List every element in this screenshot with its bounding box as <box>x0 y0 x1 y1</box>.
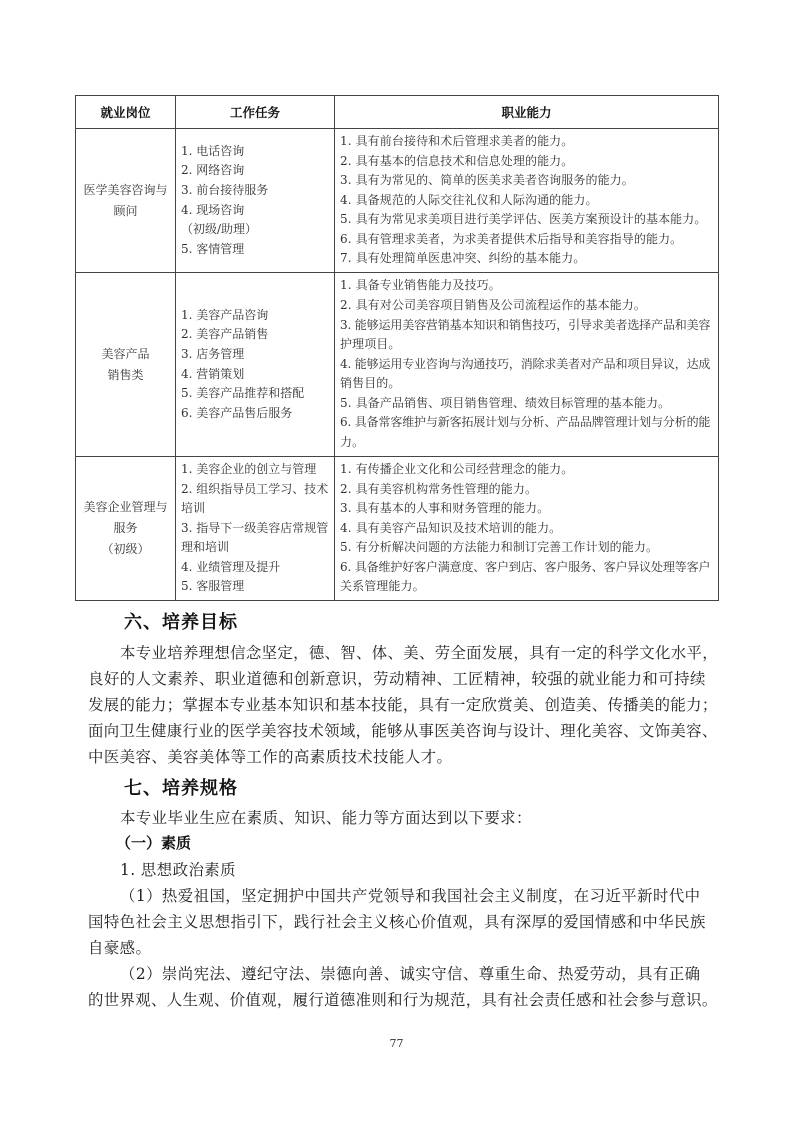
post-label-line: 顾问 <box>80 201 171 222</box>
ability-item: 力。 <box>340 433 714 453</box>
paragraph-line: 的世界观、人生观、价值观，履行道德准则和行为规范，具有社会责任感和社会参与意识。 <box>88 988 718 1010</box>
task-item: 培训 <box>181 499 330 519</box>
tasks-cell: 1. 美容产品咨询 2. 美容产品销售 3. 店务管理 4. 营销策划 5. 美… <box>176 273 335 457</box>
ability-item: 1. 具备专业销售能力及技巧。 <box>340 276 714 296</box>
post-label-line: 美容产品 <box>80 344 171 365</box>
ability-item: 护理项目。 <box>340 335 714 355</box>
ability-item: 5. 有分析解决问题的方法能力和制订完善工作计划的能力。 <box>340 538 714 558</box>
task-item: 6. 美容产品售后服务 <box>181 404 330 424</box>
paragraph-line: （2）崇尚宪法、遵纪守法、崇德向善、诚实守信、尊重生命、热爱劳动，具有正确 <box>120 962 701 984</box>
post-label-line: 服务 <box>80 518 171 539</box>
post-cell: 美容企业管理与 服务 （初级） <box>76 457 176 601</box>
task-item: 2. 美容产品销售 <box>181 325 330 345</box>
item-title: 1. 思想政治素质 <box>120 858 236 880</box>
task-item: 3. 店务管理 <box>181 345 330 365</box>
ability-item: 4. 能够运用专业咨询与沟通技巧，消除求美者对产品和项目异议，达成 <box>340 355 714 375</box>
task-item: 5. 客情管理 <box>181 240 330 260</box>
paragraph-line: 自豪感。 <box>88 936 151 958</box>
ability-item: 关系管理能力。 <box>340 577 714 597</box>
header-employment-post: 就业岗位 <box>76 96 176 129</box>
ability-item: 3. 具有基本的人事和财务管理的能力。 <box>340 499 714 519</box>
header-professional-abilities: 职业能力 <box>335 96 719 129</box>
ability-item: 1. 具有前台接待和术后管理求美者的能力。 <box>340 132 714 152</box>
task-item: 1. 美容企业的创立与管理 <box>181 460 330 480</box>
table-row: 医学美容咨询与 顾问 1. 电话咨询 2. 网络咨询 3. 前台接待服务 4. … <box>76 129 719 273</box>
post-label-line: （初级） <box>80 539 171 560</box>
post-cell: 美容产品 销售类 <box>76 273 176 457</box>
ability-item: 销售目的。 <box>340 374 714 394</box>
ability-item: 6. 具备维护好客户满意度、客户到店、客户服务、客户异议处理等客户 <box>340 558 714 578</box>
table-row: 美容产品 销售类 1. 美容产品咨询 2. 美容产品销售 3. 店务管理 4. … <box>76 273 719 457</box>
tasks-cell: 1. 美容企业的创立与管理 2. 组织指导员工学习、技术 培训 3. 指导下一级… <box>176 457 335 601</box>
task-item: 3. 前台接待服务 <box>181 181 330 201</box>
abilities-cell: 1. 具有前台接待和术后管理求美者的能力。 2. 具有基本的信息技术和信息处理的… <box>335 129 719 273</box>
section-heading-training-specifications: 七、培养规格 <box>124 774 238 800</box>
paragraph-line: 本专业培养理想信念坚定，德、智、体、美、劳全面发展，具有一定的科学文化水平， <box>120 641 718 663</box>
ability-item: 3. 具有为常见的、简单的医美求美者咨询服务的能力。 <box>340 171 714 191</box>
task-item: 理和培训 <box>181 538 330 558</box>
table-row: 美容企业管理与 服务 （初级） 1. 美容企业的创立与管理 2. 组织指导员工学… <box>76 457 719 601</box>
ability-item: 5. 具备产品销售、项目销售管理、绩效目标管理的基本能力。 <box>340 394 714 414</box>
header-work-tasks: 工作任务 <box>176 96 335 129</box>
task-item: 3. 指导下一级美容店常规管 <box>181 519 330 539</box>
post-cell: 医学美容咨询与 顾问 <box>76 129 176 273</box>
task-item: 2. 网络咨询 <box>181 161 330 181</box>
document-page: 就业岗位 工作任务 职业能力 医学美容咨询与 顾问 1. 电话咨询 2. 网络咨… <box>0 0 793 1122</box>
section-heading-training-objectives: 六、培养目标 <box>124 608 238 634</box>
tasks-cell: 1. 电话咨询 2. 网络咨询 3. 前台接待服务 4. 现场咨询 （初级/助理… <box>176 129 335 273</box>
task-item: 4. 现场咨询 <box>181 201 330 221</box>
paragraph-line: 面向卫生健康行业的医学美容技术领域，能够从事医美咨询与设计、理化美容、文饰美容、 <box>88 719 718 741</box>
task-item: 5. 客服管理 <box>181 577 330 597</box>
ability-item: 4. 具备规范的人际交往礼仪和人际沟通的能力。 <box>340 191 714 211</box>
table-header-row: 就业岗位 工作任务 职业能力 <box>76 96 719 129</box>
ability-item: 7. 具有处理简单医患冲突、纠纷的基本能力。 <box>340 249 714 269</box>
section-intro: 本专业毕业生应在素质、知识、能力等方面达到以下要求： <box>120 806 532 828</box>
task-item: （初级/助理） <box>181 220 330 240</box>
post-label-line: 销售类 <box>80 365 171 386</box>
post-label-line: 医学美容咨询与 <box>80 180 171 201</box>
ability-item: 1. 有传播企业文化和公司经营理念的能力。 <box>340 460 714 480</box>
paragraph-line: 国特色社会主义思想指引下，践行社会主义核心价值观，具有深厚的爱国情感和中华民族 <box>88 910 706 932</box>
paragraph-line: 发展的能力；掌握本专业基本知识和基本技能，具有一定欣赏美、创造美、传播美的能力； <box>88 693 718 715</box>
paragraph-line: 良好的人文素养、职业道德和创新意识，劳动精神、工匠精神，较强的就业能力和可持续 <box>88 667 706 689</box>
career-positions-table: 就业岗位 工作任务 职业能力 医学美容咨询与 顾问 1. 电话咨询 2. 网络咨… <box>75 95 719 601</box>
task-item: 5. 美容产品推荐和搭配 <box>181 384 330 404</box>
post-label-line: 美容企业管理与 <box>80 497 171 518</box>
ability-item: 4. 具有美容产品知识及技术培训的能力。 <box>340 519 714 539</box>
ability-item: 2. 具有基本的信息技术和信息处理的能力。 <box>340 152 714 172</box>
task-item: 2. 组织指导员工学习、技术 <box>181 480 330 500</box>
task-item: 4. 业绩管理及提升 <box>181 558 330 578</box>
task-item: 1. 电话咨询 <box>181 142 330 162</box>
ability-item: 6. 具有管理求美者，为求美者提供术后指导和美容指导的能力。 <box>340 230 714 250</box>
abilities-cell: 1. 具备专业销售能力及技巧。 2. 具有对公司美容项目销售及公司流程运作的基本… <box>335 273 719 457</box>
ability-item: 2. 具有对公司美容项目销售及公司流程运作的基本能力。 <box>340 296 714 316</box>
subsection-heading-quality: （一）素质 <box>116 832 191 853</box>
ability-item: 5. 具有为常见求美项目进行美学评估、医美方案预设计的基本能力。 <box>340 210 714 230</box>
paragraph-line: 中医美容、美容美体等工作的高素质技术技能人才。 <box>88 745 452 767</box>
ability-item: 2. 具有美容机构常务性管理的能力。 <box>340 480 714 500</box>
task-item: 4. 营销策划 <box>181 365 330 385</box>
page-number: 77 <box>0 1037 793 1050</box>
task-item: 1. 美容产品咨询 <box>181 306 330 326</box>
abilities-cell: 1. 有传播企业文化和公司经营理念的能力。 2. 具有美容机构常务性管理的能力。… <box>335 457 719 601</box>
ability-item: 6. 具备常客维护与新客拓展计划与分析、产品品牌管理计划与分析的能 <box>340 413 714 433</box>
ability-item: 3. 能够运用美容营销基本知识和销售技巧，引导求美者选择产品和美容 <box>340 316 714 336</box>
paragraph-line: （1）热爱祖国，坚定拥护中国共产党领导和我国社会主义制度，在习近平新时代中 <box>120 884 701 906</box>
